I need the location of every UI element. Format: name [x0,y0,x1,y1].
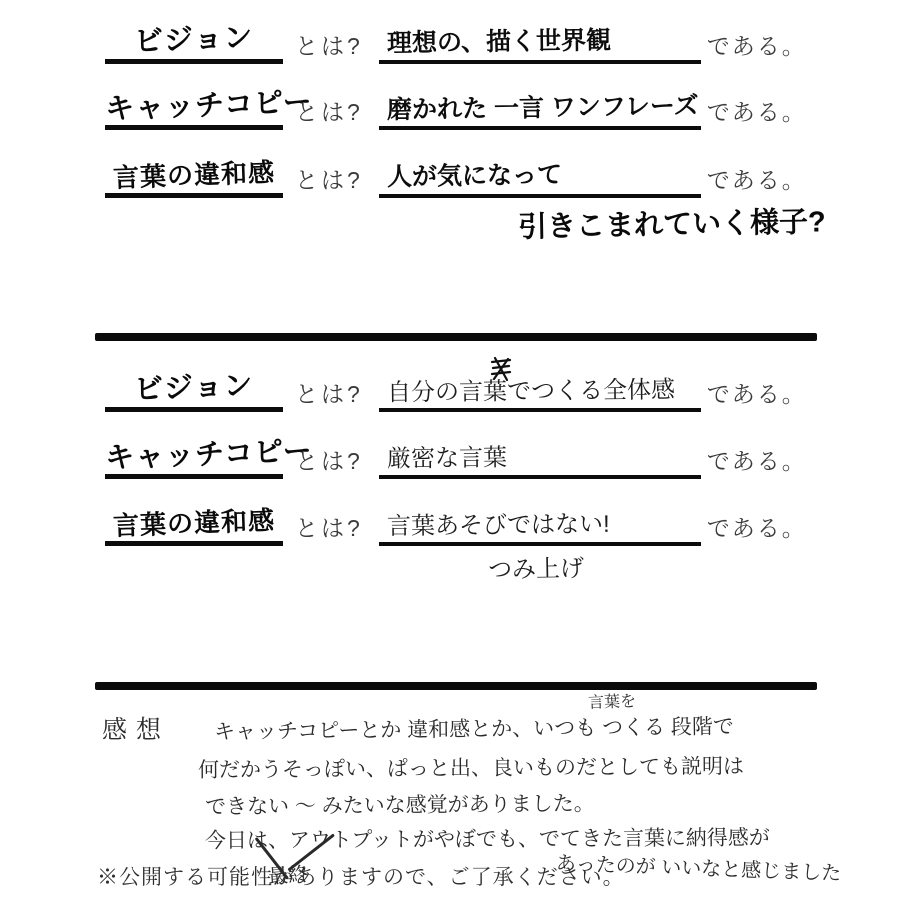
definition-row-vision-2: ビジョン とは? 自分の言葉でつくる全体感 である。 [105,364,807,412]
term-handwritten: 言葉の違和感 [112,152,275,195]
scanned-handwritten-worksheet: ビジョン とは? 理想の、描く世界観 である。 キャッチコピー とは? 磨かれた… [0,0,900,900]
question-particle: とは? [283,376,367,412]
answer-handwritten: 厳密な言葉 [387,437,507,473]
answer-handwritten: 理想の、描く世界観 [387,20,611,59]
impression-label: 感想 [102,710,170,746]
definition-row-catchcopy-2: キャッチコピー とは? 厳密な言葉 である。 [105,431,807,479]
question-particle: とは? [283,162,367,198]
answer-underline: 理想の、描く世界観 [379,22,701,64]
sentence-suffix: である。 [701,94,807,130]
term-handwritten: ビジョン [134,15,255,60]
sentence-suffix: である。 [701,28,807,64]
term-underline: ビジョン [105,365,283,412]
answer-handwritten: 自分の言葉でつくる全体感 [387,369,675,407]
section-divider-2 [95,682,817,690]
answer-underline: 人が気になって [379,156,701,198]
sentence-suffix: である。 [701,510,807,546]
definition-row-vision-1: ビジョン とは? 理想の、描く世界観 である。 [105,16,807,64]
answer-handwritten: 言葉あそびではない! [387,504,610,541]
answer-underline: 自分の言葉でつくる全体感 [379,371,701,412]
question-particle: とは? [283,510,367,546]
answer-underline: 厳密な言葉 [379,438,701,479]
section-divider-1 [95,333,817,341]
term-underline: ビジョン [105,17,283,64]
answer-handwritten: 磨かれた 一言 ワンフレーズ [387,86,699,126]
term-handwritten: キャッチコピー [104,428,313,476]
answer-continuation-handwritten: 引きこまれていく様子? [518,199,826,245]
term-underline: キャッチコピー [105,432,283,479]
question-particle: とは? [283,28,367,64]
disclosure-footnote: ※公開する可能性がありますので、ご了承ください。 [97,861,625,891]
definition-row-catchcopy-1: キャッチコピー とは? 磨かれた 一言 ワンフレーズ である。 [105,82,807,130]
sentence-suffix: である。 [701,376,807,412]
term-handwritten: キャッチコピー [104,79,313,127]
answer-continuation-handwritten: つみ上げ [488,548,585,585]
answer-underline: 言葉あそびではない! [379,505,701,546]
impression-line-2: 何だかうそっぽい、ぱっと出、良いものだとしても説明は [198,750,744,784]
interlinear-note-handwritten: 言葉を [588,688,637,713]
term-handwritten: 言葉の違和感 [112,500,275,543]
term-handwritten: ビジョン [134,363,255,408]
sentence-suffix: である。 [701,443,807,479]
scribbled-out-character [489,356,513,382]
term-underline: キャッチコピー [105,83,283,130]
sentence-suffix: である。 [701,162,807,198]
definition-row-kotoba-iwakan-1: 言葉の違和感 とは? 人が気になって である。 [105,150,807,198]
impression-line-1: キャッチコピーとか 違和感とか、いつも つくる 段階で [214,710,734,745]
definition-row-kotoba-iwakan-2: 言葉の違和感 とは? 言葉あそびではない! である。 [105,498,807,546]
term-underline: 言葉の違和感 [105,503,283,546]
term-underline: 言葉の違和感 [105,155,283,198]
impression-line-3: できない 〜 みたいな感覚がありました。 [205,787,595,820]
answer-underline: 磨かれた 一言 ワンフレーズ [379,88,701,130]
answer-handwritten: 人が気になって [387,155,563,193]
